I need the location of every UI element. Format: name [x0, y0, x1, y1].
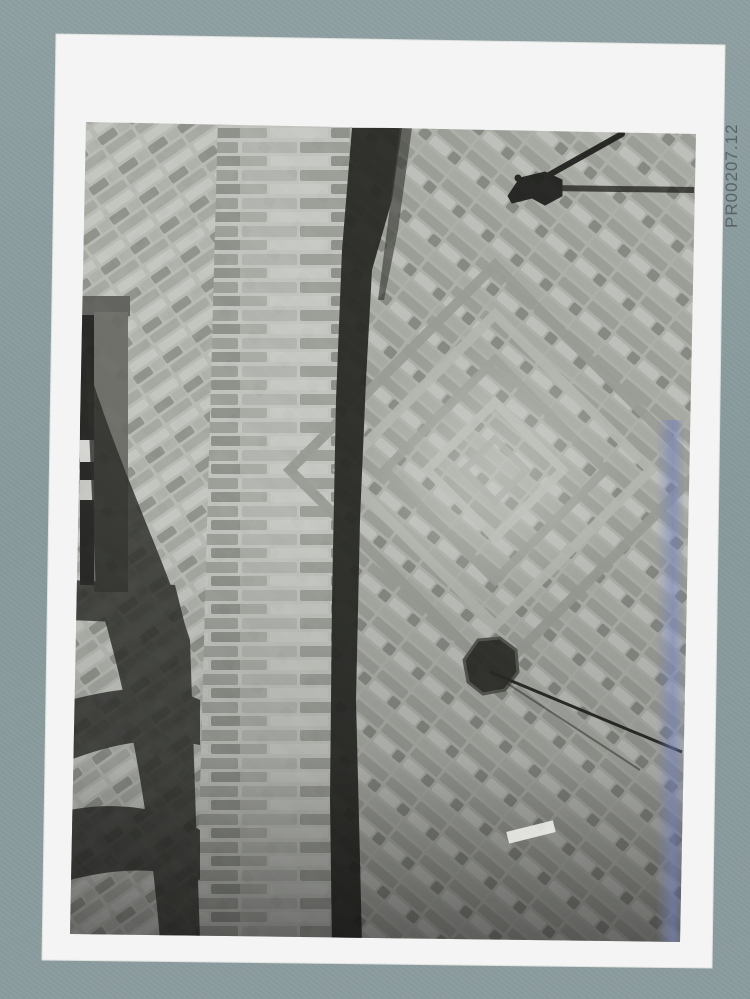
photo-card: PR00207.12	[0, 0, 750, 999]
photograph	[0, 0, 750, 999]
catalog-number: PR00207.12	[722, 123, 742, 228]
